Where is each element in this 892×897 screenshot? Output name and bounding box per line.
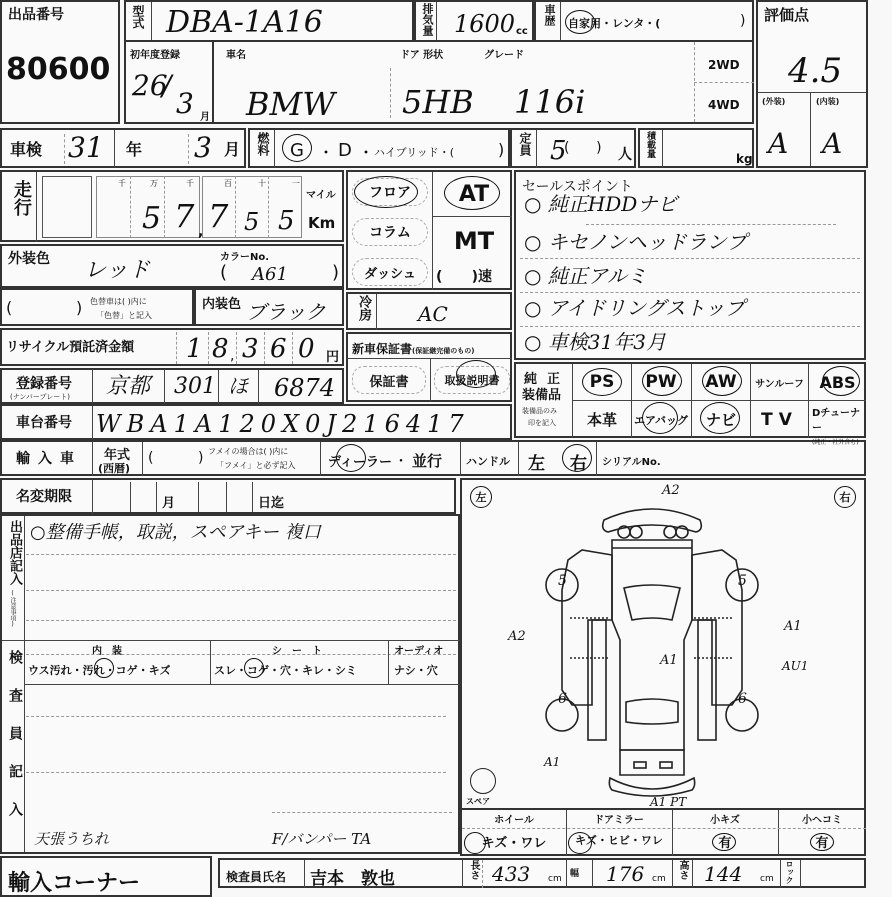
diagram-right-marker: 右 bbox=[834, 486, 856, 508]
diagram-right-label: 右 bbox=[840, 489, 851, 505]
import-label: 輸入車 bbox=[16, 452, 82, 466]
sales-point-1: ○ キセノンヘッドランプ bbox=[524, 232, 747, 252]
mark-right-rear: AU1 bbox=[782, 660, 808, 672]
handle-right-circle bbox=[562, 444, 592, 472]
import-dealer-circle bbox=[336, 444, 366, 472]
mileage-digit-4: 5 bbox=[244, 210, 259, 234]
interior-selected-circle bbox=[94, 658, 114, 678]
name-change-label: 名変期限 bbox=[16, 490, 72, 504]
mileage-label: 走行 bbox=[8, 180, 34, 216]
recycle-digit-2: 3 bbox=[242, 336, 259, 362]
warranty-title: 新車保証書(保証継完備のもの) bbox=[352, 340, 474, 357]
small-scratch-circle bbox=[712, 833, 736, 851]
lot-number-label: 出品番号 bbox=[8, 8, 64, 22]
digit-header-0: 千 bbox=[118, 178, 126, 189]
car-name: BMW bbox=[246, 88, 335, 120]
inspection-expiry-box: 車検 31 年 3 月 bbox=[0, 128, 246, 168]
fuel-d[interactable]: D bbox=[338, 140, 352, 161]
door-shape: 5HB bbox=[402, 86, 474, 118]
mileage-box: 走行 千 万 千 百 十 一 5 7 , 7 5 5 マイル Km bbox=[0, 170, 344, 242]
damage-table: ホイール ドアミラー 小キズ 小ヘコミ キズ・ワレ キズ・ヒビ・ワレ 有 有 bbox=[460, 808, 866, 856]
wheel-label-text: ホイール bbox=[494, 811, 534, 826]
equip-leather[interactable]: 本革 bbox=[573, 401, 631, 438]
mileage-digit-5: 5 bbox=[278, 208, 295, 234]
name-change-month: 月 bbox=[162, 492, 175, 511]
exterior-grade: A bbox=[768, 130, 788, 158]
small-scratch-label: 小キズ bbox=[672, 811, 778, 826]
lot-number: 80600 bbox=[6, 52, 110, 87]
width-value: 176 bbox=[606, 864, 644, 884]
equip-tv-label: TV bbox=[761, 410, 798, 430]
wheel-options-text: キズ・ワレ bbox=[482, 832, 547, 851]
capacity-label: 定員 bbox=[517, 132, 534, 156]
car-name-label: 車名 bbox=[226, 46, 246, 61]
grade-label: グレード bbox=[484, 46, 524, 61]
load-label: 積載量 bbox=[644, 131, 657, 158]
first-registration-box: 初年度登録 26 / 3 月 bbox=[124, 40, 214, 124]
length-unit: cm bbox=[548, 874, 562, 884]
inspection-year-unit: 年 bbox=[126, 142, 142, 158]
interior-grade: A bbox=[822, 130, 842, 158]
mark-tire-rr: 6 bbox=[738, 692, 747, 706]
equipment-note-1: 装備品のみ bbox=[522, 406, 557, 416]
equipment-note-2: 印を記入 bbox=[528, 418, 556, 428]
seller-notes-label: 出品店記入 bbox=[5, 520, 24, 585]
interior-color-box: 内装色 ブラック bbox=[194, 288, 344, 326]
equip-sunroof[interactable]: サンルーフ bbox=[751, 364, 808, 400]
manual-selected-circle bbox=[456, 360, 496, 388]
sales-point-4: ○ 車検31年3月 bbox=[524, 332, 666, 352]
mirror-label: ドアミラー bbox=[566, 811, 672, 826]
fuel-close: ) bbox=[498, 140, 504, 159]
registration-label: 登録番号 bbox=[16, 373, 72, 393]
spare-label: スペア bbox=[466, 796, 490, 807]
unit-mile[interactable]: マイル bbox=[306, 186, 336, 201]
small-dent-label-text: 小ヘコミ bbox=[802, 811, 842, 826]
shift-column-label: コラム bbox=[369, 222, 411, 242]
recycle-digit-4: 0 bbox=[298, 336, 315, 362]
inspection-month-unit: 月 bbox=[224, 142, 240, 158]
mark-tire-fr: 5 bbox=[738, 574, 747, 588]
small-dent-circle bbox=[810, 833, 834, 851]
serial-label: シリアルNo. bbox=[602, 453, 661, 468]
displacement-value: 1600 bbox=[454, 12, 515, 36]
registration-sublabel: (ナンバープレート) bbox=[10, 392, 70, 402]
shift-floor-circle bbox=[354, 176, 418, 208]
chassis-label: 車台番号 bbox=[16, 416, 72, 430]
history-selected-circle bbox=[565, 10, 595, 34]
aircon-box: 冷房 AC bbox=[346, 292, 512, 330]
car-outline-icon[interactable] bbox=[532, 490, 772, 800]
fuel-hybrid[interactable]: ハイブリッド・( bbox=[374, 144, 454, 160]
sales-point-0-text: 純正HDDナビ bbox=[548, 192, 678, 216]
displacement-unit: cc bbox=[516, 26, 528, 37]
recycle-digit-3: 6 bbox=[270, 336, 287, 362]
sales-point-4-text: 車検31年3月 bbox=[548, 330, 666, 354]
displacement-label: 排気量 bbox=[419, 3, 435, 36]
equip-dtuner[interactable]: Dチューナー (純正・社外含む) bbox=[812, 404, 866, 446]
width-label: 幅 bbox=[570, 866, 579, 879]
sales-point-1-text: キセノンヘッドランプ bbox=[548, 230, 747, 254]
chassis-box: 車台番号 WBA1A120X0J216417 bbox=[0, 404, 512, 440]
handle-left[interactable]: 左 bbox=[528, 449, 545, 474]
first-registration-label: 初年度登録 bbox=[130, 46, 180, 61]
import-year-sublabel: (西暦) bbox=[98, 460, 130, 476]
history-close: ) bbox=[740, 13, 745, 29]
height-value: 144 bbox=[704, 864, 742, 884]
wheel-selected-circle bbox=[464, 832, 486, 854]
sales-point-2: ○ 純正アルミ bbox=[524, 266, 647, 286]
length-value: 433 bbox=[492, 864, 530, 884]
warranty-book-label: 保証書 bbox=[369, 371, 408, 390]
mark-rear-bumper: A1 PT bbox=[650, 796, 686, 808]
inspector-note-right: F/バンパー TA bbox=[272, 832, 371, 847]
mark-left-rear: A1 bbox=[544, 756, 560, 768]
equip-abs-circle bbox=[822, 366, 860, 396]
digit-header-4: 十 bbox=[258, 178, 266, 189]
equip-dtuner-note: (純正・社外含む) bbox=[812, 437, 866, 446]
seat-items[interactable]: スレ・コゲ・穴・キレ・シミ bbox=[214, 662, 357, 678]
color-number-label: カラーNo. bbox=[220, 248, 269, 263]
equip-sunroof-label: サンルーフ bbox=[755, 375, 804, 390]
score-value: 4.5 bbox=[788, 54, 842, 88]
height-label: 高さ bbox=[675, 860, 690, 880]
diagram-left-label: 左 bbox=[476, 489, 487, 505]
name-change-day: 日迄 bbox=[258, 492, 284, 511]
capacity-paren: ( ) bbox=[564, 140, 602, 156]
equip-tv[interactable]: TV bbox=[751, 401, 808, 438]
digit-header-3: 百 bbox=[224, 178, 232, 189]
small-dent-label: 小ヘコミ bbox=[778, 811, 866, 826]
corner-box: 輸入コーナー bbox=[0, 856, 212, 897]
inspector-name: 吉本 敦也 bbox=[310, 864, 395, 889]
spare-circle[interactable] bbox=[470, 768, 496, 794]
mark-roof: A1 bbox=[660, 654, 678, 667]
registration-number: 6874 bbox=[274, 376, 335, 400]
import-box: 輸入車 年式 (西暦) ( ) フメイの場合は( )内に 「フメイ」と必ず記入 … bbox=[0, 440, 866, 476]
car-name-box: 車名 ドア 形状 グレード BMW 5HB 116i 2WD 4WD bbox=[212, 40, 754, 124]
transmission-speed: ( )速 bbox=[436, 266, 492, 286]
recycle-digit-0: 1 bbox=[186, 336, 203, 362]
load-box: 積載量 kg bbox=[638, 128, 754, 168]
equip-navi-circle bbox=[700, 402, 740, 434]
shift-box: フロア コラム ダッシュ AT MT ( )速 bbox=[346, 170, 512, 290]
equip-aw-circle bbox=[702, 366, 742, 396]
color-number: A61 bbox=[252, 266, 288, 284]
import-parallel[interactable]: 並行 bbox=[412, 450, 442, 471]
score-box: 評価点 4.5 (外装) (内装) A A bbox=[756, 0, 868, 168]
recycle-digit-1: 8 bbox=[212, 336, 229, 362]
warranty-title-text: 新車保証書 bbox=[352, 342, 412, 356]
model-code: DBA-1A16 bbox=[166, 8, 323, 38]
warranty-box: 新車保証書(保証継完備のもの) 保証書 取扱説明書 bbox=[346, 332, 512, 402]
capacity-unit: 人 bbox=[618, 144, 632, 164]
model-code-box: 型式 DBA-1A16 bbox=[124, 0, 414, 42]
transmission-mt[interactable]: MT bbox=[442, 226, 506, 256]
exterior-color-label: 外装色 bbox=[8, 252, 50, 266]
mileage-digit-1: 5 bbox=[142, 204, 161, 234]
mark-tire-rl: 6 bbox=[558, 692, 567, 706]
mark-top: A2 bbox=[662, 484, 680, 497]
digit-header-2: 千 bbox=[186, 178, 194, 189]
exterior-grade-label: (外装) bbox=[762, 96, 785, 107]
mirror-selected-circle bbox=[568, 832, 592, 854]
interior-color-value: ブラック bbox=[246, 302, 326, 322]
history-box: 車歴 自家用・レンタ・( ) bbox=[534, 0, 754, 42]
color-change-note-1: 色替車は( )内に bbox=[90, 296, 147, 307]
seller-notes-sublabel: (注意事項) bbox=[8, 590, 17, 628]
import-year-paren: ( ) bbox=[148, 450, 203, 466]
capacity-box: 定員 5 ( ) 人 bbox=[510, 128, 636, 168]
lock-label: ロック bbox=[784, 860, 795, 884]
unknown-note-1: フメイの場合は( )内に bbox=[208, 446, 288, 457]
transmission-at-circle bbox=[444, 176, 500, 210]
equipment-box: 純正 装備品 装備品のみ 印を記入 PS PW AW サンルーフ ABS 本革 … bbox=[514, 362, 866, 438]
fuel-box: 燃料 G ・ D ・ ハイブリッド・( ) bbox=[248, 128, 510, 168]
lot-number-box: 出品番号 80600 bbox=[0, 0, 120, 124]
equip-pw-circle bbox=[642, 366, 682, 396]
name-change-box: 名変期限 月 日迄 bbox=[0, 478, 456, 514]
recycle-label: リサイクル預託済金額 bbox=[6, 341, 134, 354]
warranty-title-note: (保証継完備のもの) bbox=[412, 347, 474, 355]
unknown-note-2: 「フメイ」と必ず記入 bbox=[216, 460, 296, 471]
registration-class: 301 bbox=[174, 376, 216, 398]
mileage-digit-3: 7 bbox=[208, 200, 228, 232]
digit-header-5: 一 bbox=[292, 178, 300, 189]
transmission-mt-label: MT bbox=[454, 227, 494, 255]
inspection-month: 3 bbox=[194, 134, 212, 162]
inspector-label: 検査員氏名 bbox=[226, 868, 286, 885]
recycle-unit: 円 bbox=[326, 346, 339, 365]
sales-point-0: ○ 純正HDDナビ bbox=[524, 194, 677, 214]
car-diagram-box: 左 右 A2 A2 A1 AU1 A1 A1 A1 PT 5 5 6 bbox=[460, 478, 866, 826]
inspector-box: 検査員氏名 吉本 敦也 長さ 433 cm 幅 176 cm 高さ 144 cm… bbox=[218, 858, 866, 888]
mark-right-front: A1 bbox=[784, 620, 802, 633]
aircon-label: 冷房 bbox=[354, 295, 373, 321]
fuel-label: 燃料 bbox=[255, 132, 272, 156]
color-change-note-2: 「色替」と記入 bbox=[96, 310, 152, 321]
sales-point-2-text: 純正アルミ bbox=[548, 264, 647, 288]
notes-box: 出品店記入 (注意事項) ○整備手帳，取説，スペアキー 複口 検査員記入 内 装… bbox=[0, 514, 460, 854]
equipment-label-2: 装備品 bbox=[522, 384, 561, 403]
first-registration-month-unit: 月 bbox=[200, 108, 210, 123]
mark-tire-fl: 5 bbox=[558, 574, 567, 588]
inspector-notes-label: 検査員記入 bbox=[5, 650, 25, 840]
equip-airbag-circle bbox=[642, 402, 678, 434]
mileage-digit-2: 7 bbox=[174, 200, 194, 232]
equip-leather-label: 本革 bbox=[587, 409, 617, 430]
small-scratch-label-text: 小キズ bbox=[710, 811, 740, 826]
load-unit: kg bbox=[736, 152, 753, 166]
length-label: 長さ bbox=[466, 860, 481, 880]
recycle-box: リサイクル預託済金額 1 8 , 3 6 0 円 bbox=[0, 328, 344, 366]
seller-notes-text: ○整備手帳，取説，スペアキー 複口 bbox=[30, 524, 321, 542]
interior-grade-label: (内装) bbox=[816, 96, 839, 107]
inspection-label: 車検 bbox=[10, 142, 42, 158]
model-code-label: 型式 bbox=[130, 5, 147, 29]
equip-ps-circle bbox=[582, 368, 622, 396]
unit-km[interactable]: Km bbox=[308, 214, 335, 232]
diagram-left-marker: 左 bbox=[470, 486, 492, 508]
seat-selected-circle bbox=[244, 658, 264, 678]
drive-4wd[interactable]: 4WD bbox=[708, 98, 740, 112]
digit-header-1: 万 bbox=[150, 178, 158, 189]
equip-dtuner-label: Dチューナー bbox=[812, 404, 866, 434]
registration-box: 登録番号 (ナンバープレート) 京都 301 ほ 6874 bbox=[0, 368, 344, 404]
score-label: 評価点 bbox=[764, 8, 809, 23]
aircon-value: AC bbox=[418, 304, 448, 324]
exterior-color-box: 外装色 レッド カラーNo. ( A61 ) bbox=[0, 244, 344, 288]
warranty-book[interactable]: 保証書 bbox=[352, 366, 426, 394]
inspector-note-left: 天張うちれ bbox=[34, 832, 109, 847]
first-registration-month: 3 bbox=[176, 90, 194, 118]
fuel-selected-circle bbox=[282, 134, 312, 162]
sales-points-box: セールスポイント ○ 純正HDDナビ ○ キセノンヘッドランプ ○ 純正アルミ … bbox=[514, 170, 866, 360]
handle-label: ハンドル bbox=[466, 453, 510, 469]
shift-dash[interactable]: ダッシュ bbox=[352, 258, 428, 286]
displacement-box: 排気量 1600 cc bbox=[414, 0, 534, 42]
grade: 116i bbox=[514, 86, 585, 118]
drive-2wd[interactable]: 2WD bbox=[708, 58, 740, 72]
color-change-box: ( ) 色替車は( )内に 「色替」と記入 bbox=[0, 288, 194, 326]
registration-region: 京都 bbox=[106, 376, 150, 398]
sales-point-3-text: アイドリングストップ bbox=[548, 296, 745, 320]
door-shape-label: ドア 形状 bbox=[400, 46, 443, 61]
height-unit: cm bbox=[760, 874, 774, 884]
shift-dash-label: ダッシュ bbox=[364, 263, 416, 282]
corner-label: 輸入コーナー bbox=[8, 866, 140, 897]
interior-color-label: 内装色 bbox=[202, 293, 241, 312]
mirror-label-text: ドアミラー bbox=[594, 811, 644, 826]
exterior-color-value: レッド bbox=[84, 260, 150, 282]
mark-left-side: A2 bbox=[508, 630, 526, 643]
width-unit: cm bbox=[652, 874, 666, 884]
inspection-year: 31 bbox=[68, 134, 104, 162]
audio-items[interactable]: ナシ・穴 bbox=[394, 662, 438, 678]
history-label: 車歴 bbox=[541, 4, 557, 26]
registration-kana: ほ bbox=[228, 376, 248, 396]
chassis-number: WBA1A120X0J216417 bbox=[96, 412, 470, 436]
wheel-label: ホイール bbox=[462, 811, 566, 826]
sales-point-3: ○ アイドリングストップ bbox=[524, 298, 745, 318]
shift-column[interactable]: コラム bbox=[352, 218, 428, 246]
